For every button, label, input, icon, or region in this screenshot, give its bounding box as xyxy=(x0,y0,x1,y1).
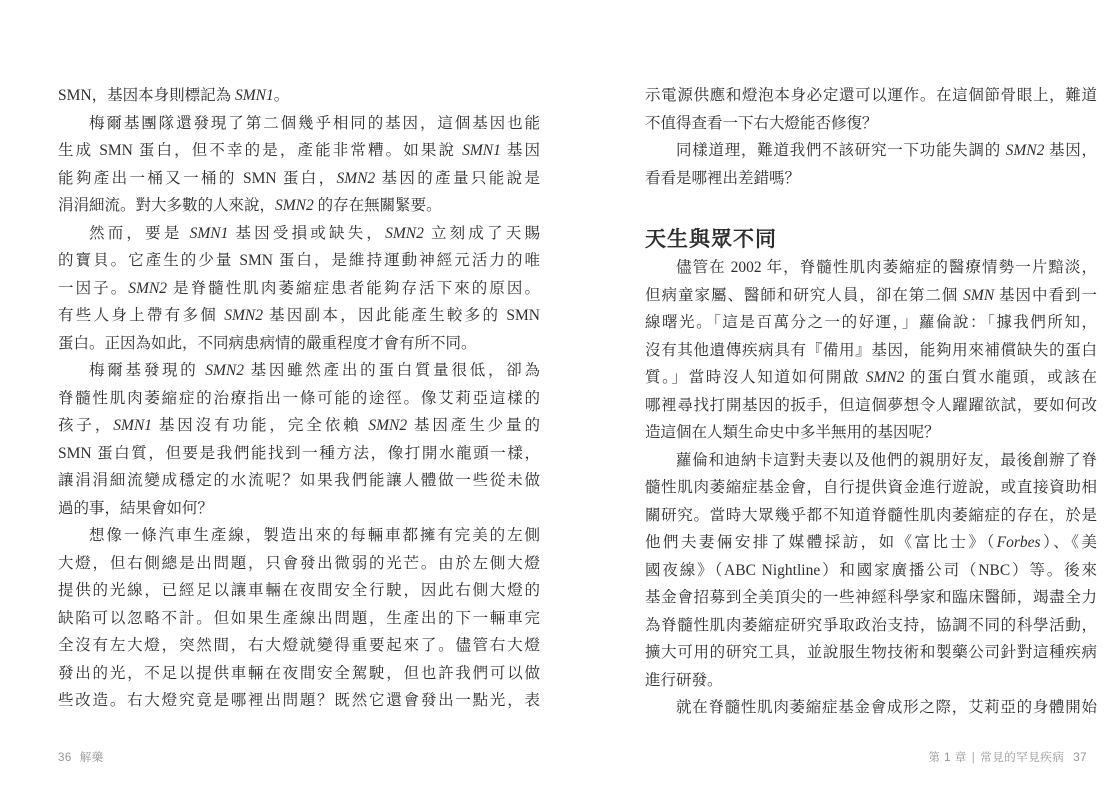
text-line: 造這個在人類生命史中多半無用的基因呢？ xyxy=(645,419,1097,447)
text-line: 些改造。右大燈究竟是哪裡出問題？既然它還會發出一點光，表 xyxy=(58,687,540,715)
text-line: 蘿倫和迪納卡這對夫妻以及他們的親朋好友，最後創辦了脊 xyxy=(645,447,1097,475)
italic-text: SMN xyxy=(963,287,994,304)
text-line: 一因子。SMN2 是脊髓性肌肉萎縮症患者能夠存活下來的原因。 xyxy=(58,275,540,303)
italic-text: SMN2 xyxy=(275,197,314,214)
italic-text: SMN2 xyxy=(224,307,263,324)
footer-separator: | xyxy=(972,752,976,764)
text-line: 看看是哪裡出差錯嗎？ xyxy=(645,165,1097,193)
text-line: 大燈，但右側總是出問題，只會發出微弱的光芒。由於左側大燈 xyxy=(58,550,540,578)
italic-text: Forbes xyxy=(997,534,1041,551)
book-title: 解藥 xyxy=(80,752,104,764)
text-line: 示電源供應和燈泡本身必定還可以運作。在這個節骨眼上，難道 xyxy=(645,82,1097,110)
text-line: 發出的光，不足以提供車輛在夜間安全駕駛，但也許我們可以做 xyxy=(58,660,540,688)
text-line: SMN 蛋白質，但要是我們能找到一種方法，像打開水龍頭一樣， xyxy=(58,440,540,468)
text-line: 能夠產出一桶又一桶的 SMN 蛋白，SMN2 基因的產量只能說是 xyxy=(58,165,540,193)
text-line: 髓性肌肉萎縮症基金會，自行提供資金進行遊說，或直接資助相 xyxy=(645,474,1097,502)
italic-text: SMN1 xyxy=(113,417,152,434)
italic-text: SMN2 xyxy=(128,280,167,297)
italic-text: SMN2 xyxy=(866,369,905,386)
text-line: 哪裡尋找打開基因的扳手，但這個夢想令人躍躍欲試，要如何改 xyxy=(645,392,1097,420)
text-line: 全沒有左大燈，突然間，右大燈就變得重要起來了。儘管右大燈 xyxy=(58,632,540,660)
right-page-text: 示電源供應和燈泡本身必定還可以運作。在這個節骨眼上，難道不值得查看一下右大燈能否… xyxy=(645,82,1097,722)
text-line: 基金會招募到全美頂尖的一些神經科學家和臨床醫師，竭盡全力 xyxy=(645,584,1097,612)
text-line: 國夜線》（ABC Nightline）和國家廣播公司（NBC）等。後來 xyxy=(645,557,1097,585)
book-spread: SMN，基因本身則標記為 SMN1。梅爾基團隊還發現了第二個幾乎相同的基因，這個… xyxy=(0,0,1118,794)
section-heading: 天生與眾不同 xyxy=(645,224,1097,254)
text-line: 的寶貝。它產生的少量 SMN 蛋白，是維持運動神經元活力的唯 xyxy=(58,247,540,275)
italic-text: SMN2 xyxy=(205,362,244,379)
left-page-number: 36 xyxy=(58,752,72,764)
right-page-footer: 第 1 章|常見的罕見疾病37 xyxy=(928,751,1087,765)
text-line: 進行研發。 xyxy=(645,667,1097,695)
text-line: 線曙光。「這是百萬分之一的好運，」蘿倫說：「據我們所知， xyxy=(645,309,1097,337)
text-line: 缺陷可以忽略不計。但如果生產線出問題，生產出的下一輛車完 xyxy=(58,605,540,633)
chapter-title: 常見的罕見疾病 xyxy=(980,752,1064,764)
text-line: 關研究。當時大眾幾乎都不知道脊髓性肌肉萎縮症的存在，於是 xyxy=(645,502,1097,530)
text-line: SMN，基因本身則標記為 SMN1。 xyxy=(58,82,540,110)
text-line: 為脊髓性肌肉萎縮症研究爭取政治支持，協調不同的科學活動， xyxy=(645,612,1097,640)
italic-text: SMN1 xyxy=(462,142,501,159)
text-line: 不值得查看一下右大燈能否修復？ xyxy=(645,110,1097,138)
text-line: 脊髓性肌肉萎縮症的治療指出一條可能的途徑。像艾莉亞這樣的 xyxy=(58,385,540,413)
left-page-footer: 36解藥 xyxy=(58,751,104,765)
italic-text: SMN1 xyxy=(190,225,229,242)
text-line: 然而，要是 SMN1 基因受損或缺失，SMN2 立刻成了天賜 xyxy=(58,220,540,248)
italic-text: SMN2 xyxy=(368,417,407,434)
right-page-text-top: 示電源供應和燈泡本身必定還可以運作。在這個節骨眼上，難道不值得查看一下右大燈能否… xyxy=(645,82,1097,192)
text-line: 同樣道理，難道我們不該研究一下功能失調的 SMN2 基因， xyxy=(645,137,1097,165)
right-page-text-bottom: 儘管在 2002 年，脊髓性肌肉萎縮症的醫療情勢一片黯淡，但病童家屬、醫師和研究… xyxy=(645,254,1097,722)
text-line: 梅爾基發現的 SMN2 基因雖然產出的蛋白質量很低，卻為 xyxy=(58,357,540,385)
text-line: 儘管在 2002 年，脊髓性肌肉萎縮症的醫療情勢一片黯淡， xyxy=(645,254,1097,282)
text-line: 就在脊髓性肌肉萎縮症基金會成形之際，艾莉亞的身體開始 xyxy=(645,694,1097,722)
text-line: 提供的光線，已經足以讓車輛在夜間安全行駛，因此右側大燈的 xyxy=(58,577,540,605)
text-line: 擴大可用的研究工具，並說服生物技術和製藥公司針對這種疾病 xyxy=(645,639,1097,667)
left-page-text: SMN，基因本身則標記為 SMN1。梅爾基團隊還發現了第二個幾乎相同的基因，這個… xyxy=(58,82,540,715)
text-line: 沒有其他遺傳疾病具有『備用』基因，能夠用來補償缺失的蛋白 xyxy=(645,337,1097,365)
italic-text: SMN2 xyxy=(1006,142,1045,159)
text-line: 他們夫妻倆安排了媒體採訪，如《富比士》（Forbes）、《美 xyxy=(645,529,1097,557)
text-line: 讓涓涓細流變成穩定的水流呢？如果我們能讓人體做一些從未做 xyxy=(58,467,540,495)
text-line: 質。」當時沒人知道如何開啟 SMN2 的蛋白質水龍頭，或該在 xyxy=(645,364,1097,392)
text-line: 想像一條汽車生產線，製造出來的每輛車都擁有完美的左側 xyxy=(58,522,540,550)
italic-text: SMN1 xyxy=(235,87,274,104)
text-line: 有些人身上帶有多個 SMN2 基因副本，因此能產生較多的 SMN xyxy=(58,302,540,330)
text-line: 涓涓細流。對大多數的人來說，SMN2 的存在無關緊要。 xyxy=(58,192,540,220)
text-line: 孩子，SMN1 基因沒有功能，完全依賴 SMN2 基因產生少量的 xyxy=(58,412,540,440)
right-page-number: 37 xyxy=(1073,752,1087,764)
text-line: 過的事，結果會如何？ xyxy=(58,495,540,523)
text-line: 梅爾基團隊還發現了第二個幾乎相同的基因，這個基因也能 xyxy=(58,110,540,138)
text-line: 生成 SMN 蛋白，但不幸的是，產能非常糟。如果說 SMN1 基因 xyxy=(58,137,540,165)
text-line: 但病童家屬、醫師和研究人員，卻在第二個 SMN 基因中看到一 xyxy=(645,282,1097,310)
italic-text: SMN2 xyxy=(385,225,424,242)
text-line: 蛋白。正因為如此，不同病患病情的嚴重程度才會有所不同。 xyxy=(58,330,540,358)
italic-text: SMN2 xyxy=(336,170,375,187)
chapter-label: 第 1 章 xyxy=(928,752,966,764)
